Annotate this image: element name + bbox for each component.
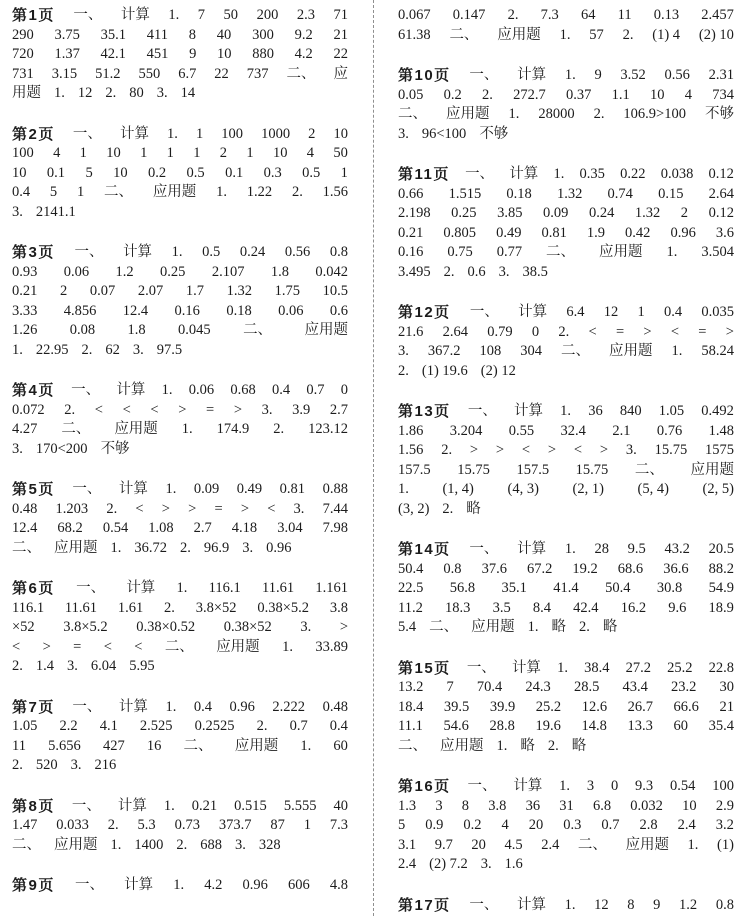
- answer-token: 一、: [469, 540, 498, 560]
- answer-line: 第13页一、计算1.368401.050.492: [398, 402, 734, 422]
- answer-token: 5.3: [138, 816, 156, 836]
- answer-token: <: [135, 500, 143, 520]
- answer-token: 0.4: [664, 303, 682, 323]
- answer-token: 2.: [442, 500, 453, 520]
- page-answer-block: 0.0670.1472.7.364110.132.45761.38二、应用题1.…: [398, 6, 734, 45]
- answer-token: 3.52: [620, 66, 645, 86]
- answer-token: 用题: [12, 84, 41, 104]
- page-answer-block: 第16页一、计算1.309.30.541001.3383.836316.80.0…: [398, 777, 734, 875]
- answer-token: 二、: [398, 737, 427, 757]
- answer-token: 2.: [508, 6, 519, 26]
- answer-token: 1: [246, 144, 253, 164]
- answer-token: 1.47: [12, 816, 37, 836]
- answer-token: 0.16: [398, 243, 423, 263]
- answer-line: 0.451二、应用题1.1.222.1.56: [12, 183, 348, 203]
- answer-line: 3.4952.0.63.38.5: [398, 263, 734, 283]
- answer-token: 3.: [71, 756, 82, 776]
- page-label: 第4页: [12, 381, 55, 401]
- answer-line: 13.2770.424.328.543.423.230: [398, 678, 734, 698]
- answer-line: 61.38二、应用题1.572.(1) 4(2) 10: [398, 26, 734, 46]
- answer-token: 1000: [261, 125, 290, 145]
- answer-line: 0.050.22.272.70.371.1104734: [398, 86, 734, 106]
- answer-token: 1.22: [247, 183, 272, 203]
- answer-token: 计算: [517, 540, 546, 560]
- answer-line: 0.661.5150.181.320.740.152.64: [398, 185, 734, 205]
- answer-token: (3, 2): [398, 500, 429, 520]
- answer-token: 22.8: [709, 659, 734, 679]
- answer-token: 3.1: [398, 836, 416, 856]
- answer-token: 2.7: [330, 401, 348, 421]
- answer-token: 24.3: [525, 678, 550, 698]
- answer-line: 二、应用题1.14002.6883.328: [12, 836, 348, 856]
- answer-token: 0.22: [620, 165, 645, 185]
- answer-token: 5: [398, 816, 405, 836]
- answer-token: 2.: [12, 756, 23, 776]
- answer-token: 22: [214, 65, 229, 85]
- page-answer-block: 第3页一、计算1.0.50.240.560.80.930.061.20.252.…: [12, 243, 348, 360]
- answer-line: 1.22.952.623.97.5: [12, 341, 348, 361]
- answer-token: 1.: [54, 84, 65, 104]
- answer-token: 10.5: [323, 282, 348, 302]
- answer-token: 10: [106, 144, 121, 164]
- answer-token: 0.55: [509, 422, 534, 442]
- answer-token: 1.: [398, 480, 409, 500]
- answer-token: 0.96: [266, 539, 291, 559]
- answer-token: 367.2: [428, 342, 461, 362]
- answer-token: 3.6: [716, 224, 734, 244]
- answer-token: 一、: [469, 896, 498, 916]
- answer-token: 0.24: [589, 204, 614, 224]
- answer-token: 451: [147, 45, 169, 65]
- answer-line: 2.4(2) 7.23.1.6: [398, 855, 734, 875]
- answer-token: 71: [333, 6, 348, 26]
- answer-token: 9: [594, 66, 601, 86]
- answer-token: 60: [333, 737, 348, 757]
- answer-token: 3.: [262, 401, 273, 421]
- answer-token: 7.3: [541, 6, 559, 26]
- answer-line: 2.(1) 19.6(2) 12: [398, 362, 734, 382]
- answer-token: 0.81: [280, 480, 305, 500]
- answer-token: 0.515: [234, 797, 267, 817]
- answer-token: 计算: [512, 659, 541, 679]
- answer-token: 9.7: [435, 836, 453, 856]
- answer-token: 1.61: [118, 599, 143, 619]
- answer-token: 36: [588, 402, 603, 422]
- answer-token: 1.: [165, 480, 176, 500]
- answer-token: 54.9: [709, 579, 734, 599]
- answer-token: 2.: [12, 657, 23, 677]
- answer-token: 58.24: [701, 342, 734, 362]
- answer-token: 39.9: [490, 698, 515, 718]
- answer-token: 1.: [559, 777, 570, 797]
- page-answer-block: 第14页一、计算1.289.543.220.550.40.837.667.219…: [398, 540, 734, 638]
- answer-token: 二、: [287, 65, 316, 85]
- answer-token: <: [95, 401, 103, 421]
- answer-line: (3, 2)2.略: [398, 500, 734, 520]
- answer-token: 1.05: [659, 402, 684, 422]
- answer-line: 第5页一、计算1.0.090.490.810.88: [12, 480, 348, 500]
- answer-token: 0.37: [566, 86, 591, 106]
- answer-token: 1.08: [148, 519, 173, 539]
- answer-token: 一、: [73, 6, 102, 26]
- answer-token: 64: [581, 6, 596, 26]
- answer-token: 10: [217, 45, 232, 65]
- answer-token: 54.6: [443, 717, 468, 737]
- answer-token: 0.96: [230, 698, 255, 718]
- answer-token: 840: [620, 402, 642, 422]
- answer-token: 3.: [626, 441, 637, 461]
- page-answer-block: 第6页一、计算1.116.111.611.161116.111.611.612.…: [12, 579, 348, 677]
- answer-token: 6.8: [593, 797, 611, 817]
- answer-token: 87: [270, 816, 285, 836]
- answer-line: 第2页一、计算1.11001000210: [12, 125, 348, 145]
- answer-token: 计算: [118, 797, 147, 817]
- answer-line: 0.210.8050.490.811.90.420.963.6: [398, 224, 734, 244]
- answer-token: 4.1: [100, 717, 118, 737]
- answer-token: 100: [221, 125, 243, 145]
- answer-token: 6.04: [91, 657, 116, 677]
- answer-token: 26.7: [628, 698, 653, 718]
- answer-token: 7: [447, 678, 454, 698]
- answer-token: 4.8: [330, 876, 348, 896]
- answer-token: 3.04: [277, 519, 302, 539]
- answer-token: 二、: [449, 26, 478, 46]
- answer-token: 3.33: [12, 302, 37, 322]
- answer-line: 50.40.837.667.219.268.636.688.2: [398, 560, 734, 580]
- answer-token: 2.: [64, 401, 75, 421]
- answer-token: 0.76: [657, 422, 682, 442]
- answer-token: 1.86: [398, 422, 423, 442]
- answer-token: >: [600, 441, 608, 461]
- answer-token: 116.1: [209, 579, 241, 599]
- answer-token: >: [726, 323, 734, 343]
- answer-token: 计算: [119, 480, 148, 500]
- answer-token: 2.457: [701, 6, 734, 26]
- answer-token: 170<200: [36, 440, 88, 460]
- answer-token: 7.3: [330, 816, 348, 836]
- answer-token: 1.: [672, 342, 683, 362]
- answer-token: 0.35: [580, 165, 605, 185]
- answer-token: =: [73, 638, 81, 658]
- answer-line: 0.2120.072.071.71.321.7510.5: [12, 282, 348, 302]
- answer-token: 42.4: [573, 599, 598, 619]
- answer-token: 36.72: [134, 539, 167, 559]
- answer-token: 3.: [294, 500, 305, 520]
- answer-token: 9.5: [628, 540, 646, 560]
- answer-token: 42.1: [101, 45, 126, 65]
- answer-token: 略: [572, 737, 587, 757]
- answer-token: 二、: [578, 836, 607, 856]
- answer-token: 1.161: [315, 579, 348, 599]
- answer-token: 0.9: [425, 816, 443, 836]
- answer-line: 2903.7535.14118403009.221: [12, 26, 348, 46]
- answer-token: 应用题: [54, 539, 98, 559]
- answer-token: 不够: [101, 440, 130, 460]
- answer-token: >: [178, 401, 186, 421]
- answer-token: 2.4: [541, 836, 559, 856]
- answer-token: 20: [529, 816, 544, 836]
- answer-line: 3.2141.1: [12, 203, 348, 223]
- answer-token: 0.75: [447, 243, 472, 263]
- answer-token: 应用题: [471, 618, 515, 638]
- answer-token: 12.6: [582, 698, 607, 718]
- answer-token: 0.74: [608, 185, 633, 205]
- answer-token: 2.9: [716, 797, 734, 817]
- answer-token: 1.: [565, 896, 576, 916]
- answers-column-right: 0.0670.1472.7.364110.132.45761.38二、应用题1.…: [374, 0, 747, 916]
- answer-token: 一、: [465, 165, 494, 185]
- answer-token: 56.8: [450, 579, 475, 599]
- page-answer-block: 第2页一、计算1.1100100021010041101112110450100…: [12, 125, 348, 223]
- answer-token: (2, 5): [703, 480, 734, 500]
- answer-line: 第3页一、计算1.0.50.240.560.8: [12, 243, 348, 263]
- answer-token: 15.75: [655, 441, 688, 461]
- answer-token: 0.5: [187, 164, 205, 184]
- answer-token: 688: [200, 836, 222, 856]
- answer-token: >: [188, 500, 196, 520]
- answer-token: 5.555: [284, 797, 317, 817]
- answer-line: 二、应用题1.36.722.96.93.0.96: [12, 539, 348, 559]
- answer-line: 第9页一、计算1.4.20.966064.8: [12, 876, 348, 896]
- answer-token: 1: [341, 164, 348, 184]
- answer-token: 61.38: [398, 26, 431, 46]
- answer-token: 0.06: [64, 263, 89, 283]
- answer-token: 1.3: [398, 797, 416, 817]
- answer-token: 2.: [548, 737, 559, 757]
- answer-token: 1.: [688, 836, 699, 856]
- answer-token: 1.: [165, 698, 176, 718]
- answer-token: 3.8×5.2: [63, 618, 107, 638]
- answer-token: 18.3: [445, 599, 470, 619]
- answer-token: 2.7: [194, 519, 212, 539]
- answer-token: 0.035: [701, 303, 734, 323]
- answer-token: 2.: [623, 26, 634, 46]
- answer-token: 计算: [123, 243, 152, 263]
- answer-token: 应用题: [599, 243, 643, 263]
- answer-token: (2) 10: [699, 26, 734, 46]
- answer-token: 5: [85, 164, 92, 184]
- answer-token: 1.8: [271, 263, 289, 283]
- answer-token: 0.48: [12, 500, 37, 520]
- answer-token: 0.12: [709, 165, 734, 185]
- answer-token: 106.9>100: [623, 105, 686, 125]
- answer-token: 1.4: [36, 657, 54, 677]
- answer-token: 97.5: [157, 341, 182, 361]
- answer-token: 60: [673, 717, 688, 737]
- answer-token: 1.32: [557, 185, 582, 205]
- answer-token: 二、: [165, 638, 194, 658]
- answer-token: 2.: [164, 599, 175, 619]
- answer-line: 第6页一、计算1.116.111.611.161: [12, 579, 348, 599]
- answer-token: 0.4: [194, 698, 212, 718]
- answer-token: 0.05: [398, 86, 423, 106]
- answer-token: 0.96: [242, 876, 267, 896]
- answer-token: 520: [36, 756, 58, 776]
- answer-line: 7313.1551.25506.722737二、应: [12, 65, 348, 85]
- answer-line: 0.0722.<<<>=>3.3.92.7: [12, 401, 348, 421]
- answer-token: 272.7: [513, 86, 546, 106]
- answer-token: 606: [288, 876, 310, 896]
- answer-token: 16.2: [621, 599, 646, 619]
- answer-token: 38.4: [584, 659, 609, 679]
- answer-token: 计算: [518, 303, 547, 323]
- answer-token: 应用题: [446, 105, 490, 125]
- answer-token: 1.: [282, 638, 293, 658]
- answer-token: 108: [480, 342, 502, 362]
- answer-token: 62: [105, 341, 120, 361]
- answers-column-left: 第1页一、计算1.7502002.3712903.7535.1411840300…: [0, 0, 373, 916]
- page-label: 第7页: [12, 698, 55, 718]
- answer-token: 0.2: [444, 86, 462, 106]
- answer-token: 0.54: [103, 519, 128, 539]
- page-label: 第15页: [398, 659, 451, 679]
- answer-line: 第7页一、计算1.0.40.962.2220.48: [12, 698, 348, 718]
- answer-token: 7: [198, 6, 205, 26]
- answer-token: 应用题: [114, 420, 158, 440]
- answer-token: 9.3: [635, 777, 653, 797]
- answer-token: 3.: [398, 342, 409, 362]
- answer-token: 51.2: [95, 65, 120, 85]
- answer-token: 4.18: [232, 519, 257, 539]
- answer-token: 12.4: [12, 519, 37, 539]
- answer-token: 25.2: [667, 659, 692, 679]
- answer-token: 4: [53, 144, 60, 164]
- answer-token: 2.64: [443, 323, 468, 343]
- answer-token: 411: [147, 26, 168, 46]
- answer-token: 1.56: [398, 441, 423, 461]
- answer-token: 21: [333, 26, 348, 46]
- answer-token: 1.: [162, 381, 173, 401]
- answer-token: 1.2: [116, 263, 134, 283]
- answer-token: 3.9: [292, 401, 310, 421]
- answer-token: 1.: [300, 737, 311, 757]
- answer-token: 68.2: [57, 519, 82, 539]
- answer-line: 0.160.750.77二、应用题1.3.504: [398, 243, 734, 263]
- answer-token: 12: [594, 896, 609, 916]
- answer-token: 4: [307, 144, 314, 164]
- answer-line: ×523.8×5.20.38×0.520.38×523.>: [12, 618, 348, 638]
- page-answer-block: 第17页一、计算1.12891.20.8: [398, 896, 734, 916]
- answer-token: 1.75: [275, 282, 300, 302]
- answer-token: 33.89: [315, 638, 348, 658]
- page-answer-block: 第8页一、计算1.0.210.5155.555401.470.0332.5.30…: [12, 797, 348, 856]
- answer-token: 0.2: [148, 164, 166, 184]
- answer-token: 应用题: [625, 836, 669, 856]
- answer-token: 10: [682, 797, 697, 817]
- answer-token: 二、: [429, 618, 458, 638]
- answer-token: 22.95: [36, 341, 69, 361]
- answer-token: 373.7: [219, 816, 252, 836]
- answer-line: 第12页一、计算6.41210.40.035: [398, 303, 734, 323]
- answer-line: 1.863.2040.5532.42.10.761.48: [398, 422, 734, 442]
- answer-line: 11.218.33.58.442.416.29.618.9: [398, 599, 734, 619]
- answer-token: 应用题: [304, 321, 348, 341]
- answer-token: 35.4: [709, 717, 734, 737]
- answer-token: 8: [189, 26, 196, 46]
- answer-token: 13.2: [398, 678, 423, 698]
- answer-token: 0.07: [90, 282, 115, 302]
- answer-token: 5.656: [48, 737, 81, 757]
- answer-token: 3.: [300, 618, 311, 638]
- page-label: 第8页: [12, 797, 55, 817]
- answer-token: 0: [611, 777, 618, 797]
- answer-token: 157.5: [398, 461, 431, 481]
- answer-token: 0.09: [194, 480, 219, 500]
- answer-token: 0.96: [670, 224, 695, 244]
- answer-token: 28.5: [574, 678, 599, 698]
- answer-line: 2.1.43.6.045.95: [12, 657, 348, 677]
- answer-token: 1.: [12, 341, 23, 361]
- answer-line: 4.27二、应用题1.174.92.123.12: [12, 420, 348, 440]
- answer-token: 35.1: [502, 579, 527, 599]
- answer-token: 19.6: [535, 717, 560, 737]
- answer-token: 1: [167, 144, 174, 164]
- answer-token: 2.64: [709, 185, 734, 205]
- answer-token: 0.06: [278, 302, 303, 322]
- answer-token: 9: [653, 896, 660, 916]
- answer-token: 1.515: [449, 185, 482, 205]
- answer-line: 0.481.2032.<>>=><3.7.44: [12, 500, 348, 520]
- answer-token: 1400: [134, 836, 163, 856]
- answer-token: 2.: [441, 441, 452, 461]
- answer-token: 25.2: [536, 698, 561, 718]
- answer-token: 4: [685, 86, 692, 106]
- answer-token: 550: [138, 65, 160, 85]
- answer-token: 0.3: [264, 164, 282, 184]
- answer-token: 4.2: [295, 45, 313, 65]
- answer-token: 一、: [71, 381, 100, 401]
- answer-line: 0.930.061.20.252.1071.80.042: [12, 263, 348, 283]
- answer-token: 2: [60, 282, 67, 302]
- answer-token: 3.204: [450, 422, 483, 442]
- answer-token: 21: [719, 698, 734, 718]
- answer-token: 0.1: [47, 164, 65, 184]
- answer-token: 11.2: [398, 599, 423, 619]
- answer-line: 10041101112110450: [12, 144, 348, 164]
- page-label: 第9页: [12, 876, 55, 896]
- answer-token: 计算: [514, 402, 543, 422]
- answer-token: 二、: [561, 342, 590, 362]
- answer-token: 0.042: [315, 263, 348, 283]
- answer-token: 11.61: [65, 599, 97, 619]
- answer-token: 0.5: [202, 243, 220, 263]
- page-label: 第12页: [398, 303, 451, 323]
- page-answer-block: 第4页一、计算1.0.060.680.40.700.0722.<<<>=>3.3…: [12, 381, 348, 459]
- answer-token: 0.68: [230, 381, 255, 401]
- answer-token: 2.: [482, 86, 493, 106]
- answer-token: 100: [12, 144, 34, 164]
- answer-token: 3: [587, 777, 594, 797]
- answer-token: 37.6: [482, 560, 507, 580]
- answer-token: 1.7: [186, 282, 204, 302]
- answer-token: 计算: [517, 66, 546, 86]
- answer-token: 0.8: [330, 243, 348, 263]
- answer-line: 21.62.640.7902.<=><=>: [398, 323, 734, 343]
- answer-token: 0.805: [443, 224, 476, 244]
- answer-line: 3.367.2108304二、应用题1.58.24: [398, 342, 734, 362]
- answer-token: 2: [220, 144, 227, 164]
- answer-token: 123.12: [308, 420, 348, 440]
- answer-token: 2.: [105, 84, 116, 104]
- answer-token: 12.4: [123, 302, 148, 322]
- answer-token: 32.4: [561, 422, 586, 442]
- answer-token: 18.9: [709, 599, 734, 619]
- answer-token: 1.: [528, 618, 539, 638]
- answer-token: 2.: [180, 539, 191, 559]
- answer-token: 1.: [111, 539, 122, 559]
- answer-token: 1.8: [128, 321, 146, 341]
- answer-token: 3.495: [398, 263, 431, 283]
